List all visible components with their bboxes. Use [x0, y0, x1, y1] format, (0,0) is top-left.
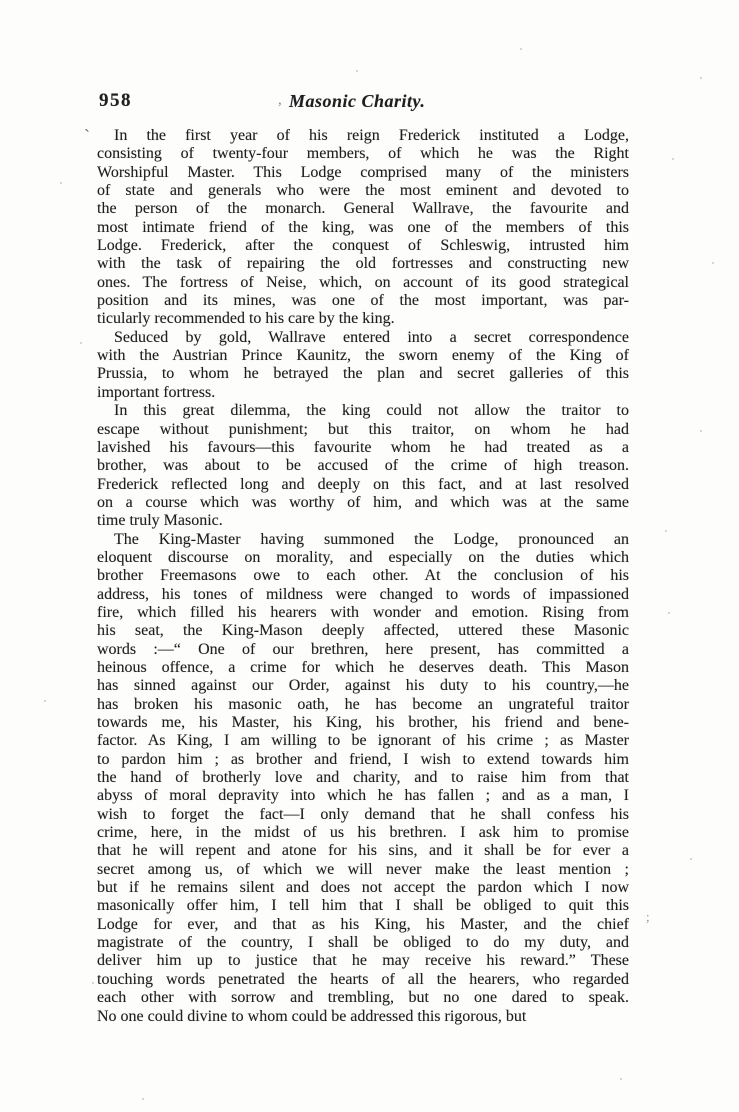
text-line: The King-Master having summoned the Lodg… — [97, 531, 629, 549]
scan-speck — [356, 70, 358, 72]
text-line: the person of the monarch. General Wallr… — [97, 200, 629, 218]
scan-speck — [80, 342, 82, 344]
scan-artifact: , — [278, 93, 282, 108]
text-line: that he will repent and atone for his si… — [97, 842, 629, 860]
text-line: fire, which filled his hearers with wond… — [97, 604, 629, 622]
text-line: consisting of twenty-four members, of wh… — [97, 145, 629, 163]
text-line: most intimate friend of the king, was on… — [97, 219, 629, 237]
paragraph: Seduced by gold, Wallrave entered into a… — [97, 329, 629, 402]
text-line: to pardon him ; as brother and friend, I… — [97, 751, 629, 769]
text-line: has broken his masonic oath, he has beco… — [97, 696, 629, 714]
scan-speck — [142, 1098, 144, 1100]
text-line: factor. As King, I am willing to be igno… — [97, 732, 629, 750]
text-line: In the first year of his reign Frederick… — [97, 127, 629, 145]
text-line: wish to forget the fact—I only demand th… — [97, 806, 629, 824]
text-line: heinous offence, a crime for which he de… — [97, 659, 629, 677]
scan-speck — [60, 182, 62, 184]
scan-speck — [665, 530, 667, 532]
text-line: brother Freemasons owe to each other. At… — [97, 567, 629, 585]
scan-artifact: ˏ — [84, 113, 90, 131]
scan-speck — [92, 982, 94, 984]
text-line: time truly Masonic. — [97, 512, 629, 530]
paragraph: In this great dilemma, the king could no… — [97, 402, 629, 530]
text-line: ticularly recommended to his care by the… — [97, 310, 629, 328]
text-line: escape without punishment; but this trai… — [97, 421, 629, 439]
text-line: In this great dilemma, the king could no… — [97, 402, 629, 420]
scan-speck — [672, 158, 674, 160]
page-body: In the first year of his reign Frederick… — [97, 127, 629, 1026]
text-line: has sinned against our Order, against hi… — [97, 677, 629, 695]
text-line: Seduced by gold, Wallrave entered into a… — [97, 329, 629, 347]
text-line: with the task of repairing the old fortr… — [97, 255, 629, 273]
text-line: touching words penetrated the hearts of … — [97, 971, 629, 989]
text-line: but if he remains silent and does not ac… — [97, 879, 629, 897]
text-line: abyss of moral depravity into which he h… — [97, 787, 629, 805]
text-line: on a course which was worthy of him, and… — [97, 494, 629, 512]
text-line: masonically offer him, I tell him that I… — [97, 897, 629, 915]
text-line: Frederick reflected long and deeply on t… — [97, 476, 629, 494]
text-line: his seat, the King-Mason deeply affected… — [97, 622, 629, 640]
running-title: Masonic Charity. — [289, 91, 425, 112]
text-line: Lodge. Frederick, after the conquest of … — [97, 237, 629, 255]
text-line: of state and generals who were the most … — [97, 182, 629, 200]
scan-speck — [700, 430, 702, 432]
scan-speck — [700, 77, 702, 79]
text-line: No one could divine to whom could be add… — [97, 1008, 629, 1026]
text-line: crime, here, in the midst of us his bret… — [97, 824, 629, 842]
scanned-page: 958 Masonic Charity. In the first year o… — [0, 0, 739, 1112]
text-line: Lodge for ever, and that as his King, hi… — [97, 916, 629, 934]
paragraph: The King-Master having summoned the Lodg… — [97, 531, 629, 1026]
scan-speck — [44, 700, 46, 702]
text-line: with the Austrian Prince Kaunitz, the sw… — [97, 347, 629, 365]
text-line: words :—“ One of our brethren, here pres… — [97, 641, 629, 659]
text-line: important fortress. — [97, 384, 629, 402]
text-line: Prussia, to whom he betrayed the plan an… — [97, 365, 629, 383]
scan-artifact: ; — [646, 910, 650, 923]
page-number: 958 — [99, 90, 132, 112]
text-line: towards me, his Master, his King, his br… — [97, 714, 629, 732]
scan-speck — [690, 858, 692, 860]
scan-speck — [620, 1078, 622, 1080]
text-line: deliver him up to justice that he may re… — [97, 952, 629, 970]
text-line: brother, was about to be accused of the … — [97, 457, 629, 475]
text-line: each other with sorrow and trembling, bu… — [97, 989, 629, 1007]
text-line: lavished his favours—this favourite whom… — [97, 439, 629, 457]
text-line: eloquent discourse on morality, and espe… — [97, 549, 629, 567]
text-line: address, his tones of mildness were chan… — [97, 586, 629, 604]
scan-speck — [712, 262, 714, 264]
text-line: Worshipful Master. This Lodge comprised … — [97, 164, 629, 182]
text-line: ones. The fortress of Neise, which, on a… — [97, 274, 629, 292]
text-line: magistrate of the country, I shall be ob… — [97, 934, 629, 952]
text-line: position and its mines, was one of the m… — [97, 292, 629, 310]
text-line: secret among us, of which we will never … — [97, 861, 629, 879]
paragraph: In the first year of his reign Frederick… — [97, 127, 629, 329]
scan-speck — [668, 612, 670, 614]
scan-speck — [520, 48, 522, 50]
text-line: the hand of brotherly love and charity, … — [97, 769, 629, 787]
